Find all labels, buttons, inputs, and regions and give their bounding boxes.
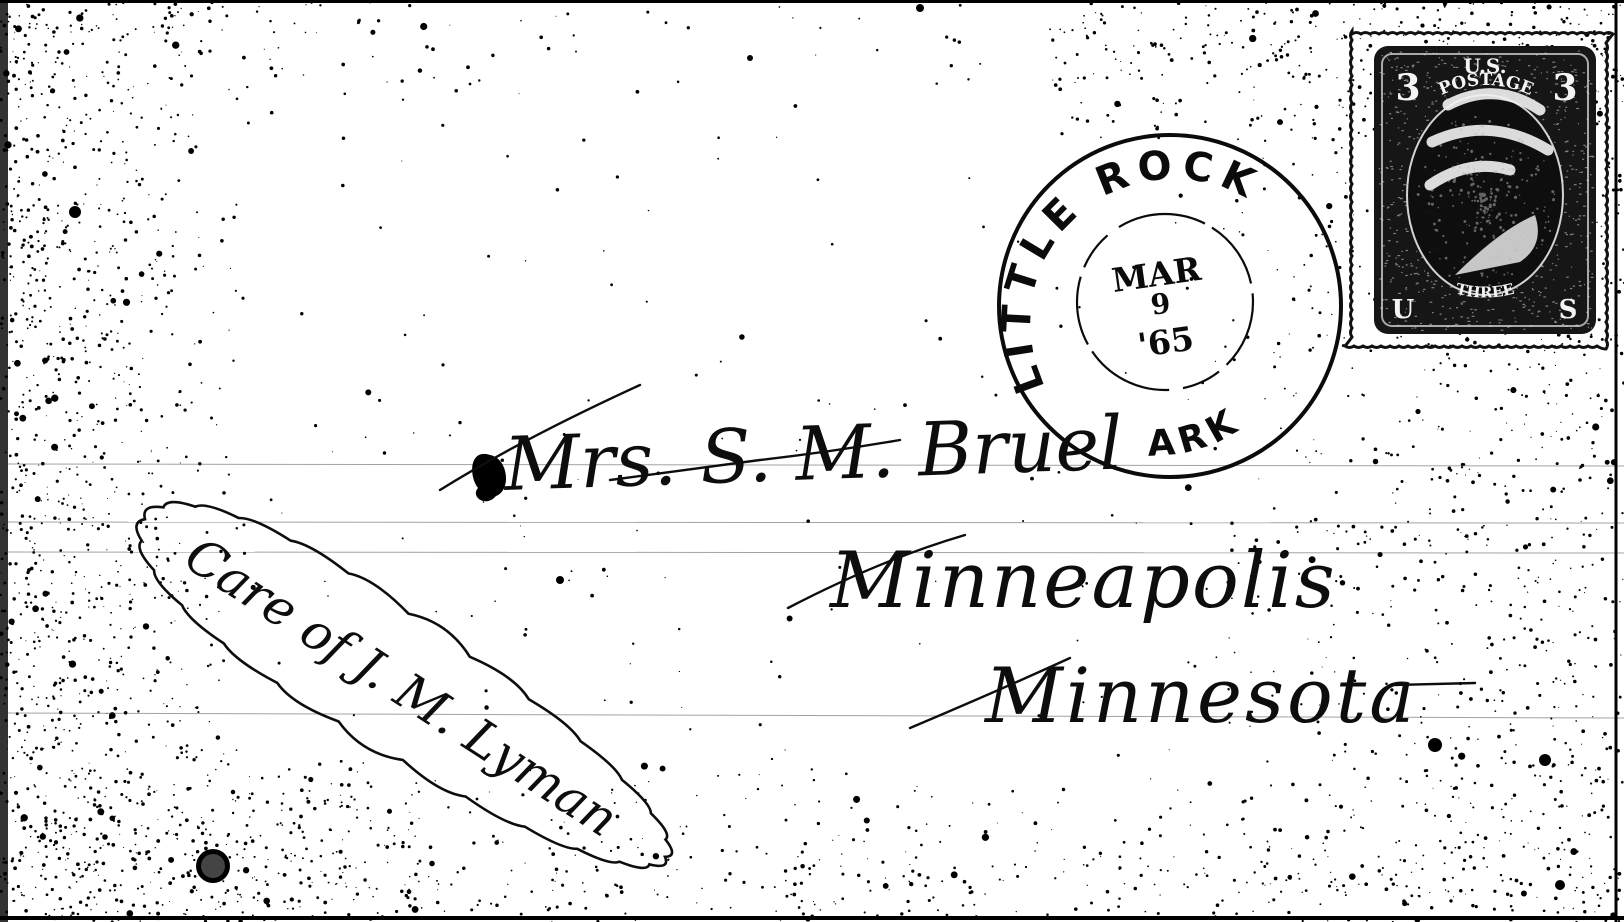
care-of-text: Care of J. M. Lyman (175, 526, 628, 849)
envelope-cover: U.S. POSTAGE 3 3 THREE U S LITTLE ROCK (0, 0, 1624, 922)
care-of-annotation: Care of J. M. Lyman (0, 0, 1624, 922)
